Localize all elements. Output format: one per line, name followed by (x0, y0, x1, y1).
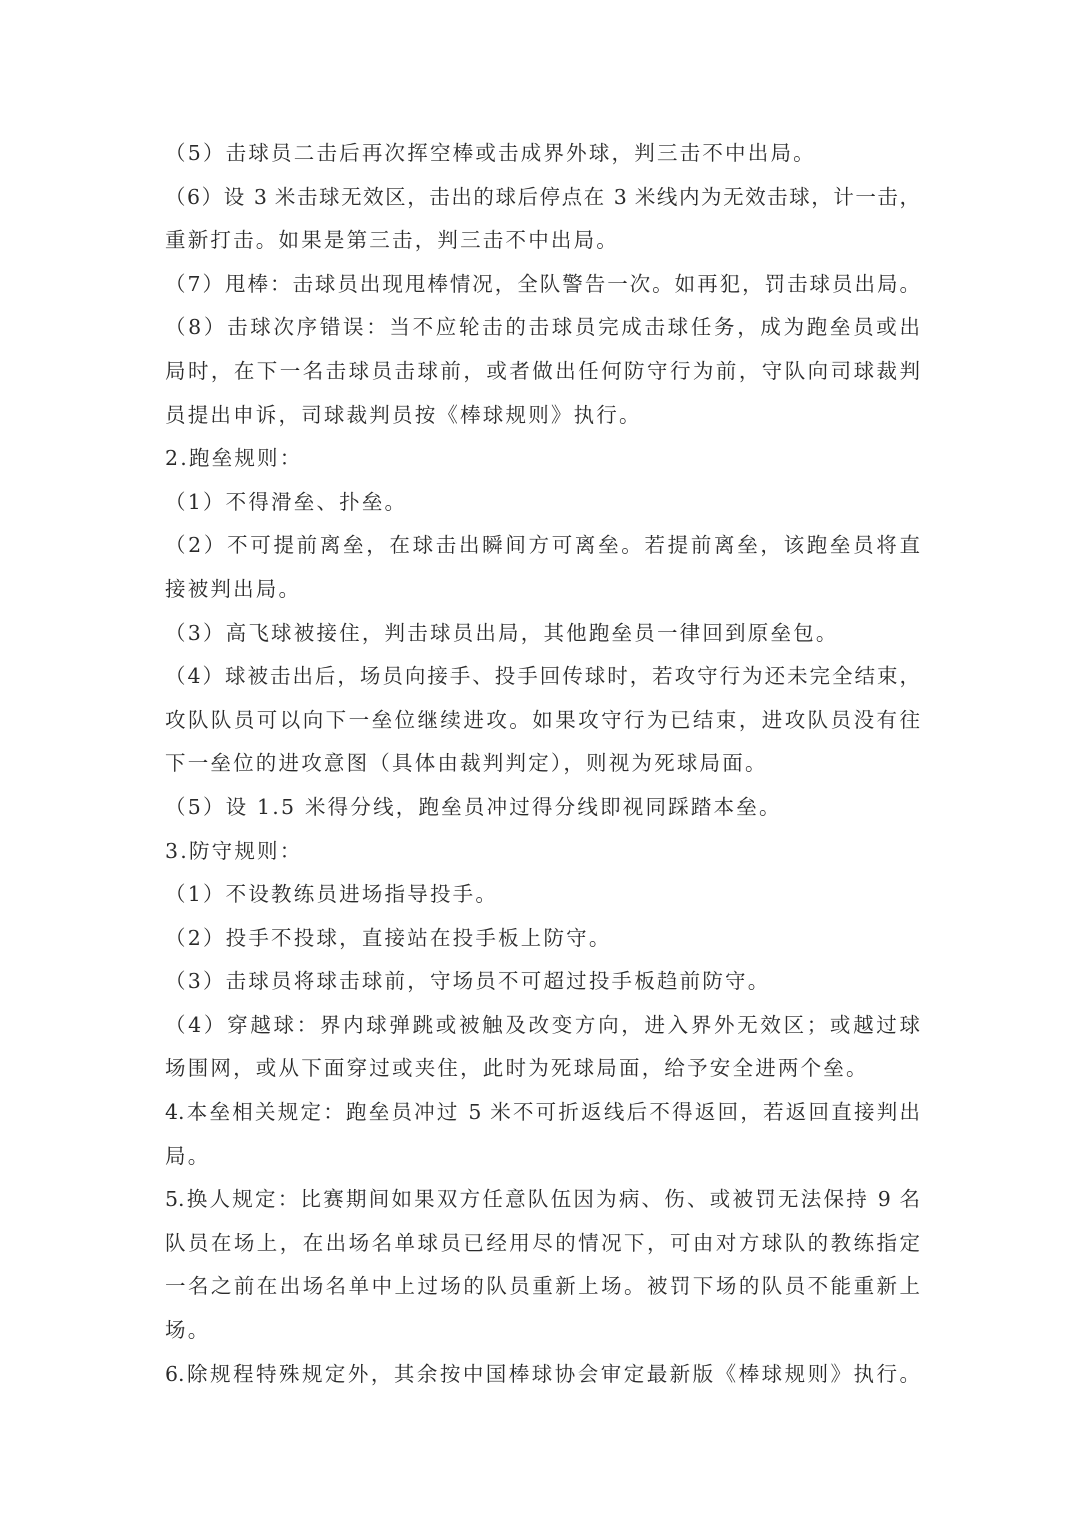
running-rule-5-line: （5）设 1.5 米得分线，跑垒员冲过得分线即视同踩踏本垒。 (165, 786, 920, 830)
defense-rule-4-line-1: （4）穿越球：界内球弹跳或被触及改变方向，进入界外无效区；或越过球 (165, 1004, 920, 1048)
rule-6-no-hit-zone-line-1: （6）设 3 米击球无效区，击出的球后停点在 3 米线内为无效击球，计一击， (165, 176, 920, 220)
defense-rule-4-line-2: 场围网，或从下面穿过或夹住，此时为死球局面，给予安全进两个垒。 (165, 1047, 920, 1091)
running-rule-4-line-2: 攻队队员可以向下一垒位继续进攻。如果攻守行为已结束，进攻队员没有往 (165, 699, 920, 743)
running-rule-4-line-1: （4）球被击出后，场员向接手、投手回传球时，若攻守行为还未完全结束， (165, 655, 920, 699)
rule-6-no-hit-zone-line-2: 重新打击。如果是第三击，判三击不中出局。 (165, 219, 920, 263)
section-4-home-plate-line-2: 局。 (165, 1135, 920, 1179)
document-page: （5）击球员二击后再次挥空棒或击成界外球，判三击不中出局。 （6）设 3 米击球… (165, 132, 920, 1396)
running-rule-1-line: （1）不得滑垒、扑垒。 (165, 481, 920, 525)
section-3-heading: 3.防守规则： (165, 830, 920, 874)
rule-8-batting-order-line-1: （8）击球次序错误：当不应轮击的击球员完成击球任务，成为跑垒员或出 (165, 306, 920, 350)
section-2-heading: 2.跑垒规则： (165, 437, 920, 481)
running-rule-2-line-2: 接被判出局。 (165, 568, 920, 612)
rule-5-strikeout-line: （5）击球员二击后再次挥空棒或击成界外球，判三击不中出局。 (165, 132, 920, 176)
section-6-general-rules-line: 6.除规程特殊规定外，其余按中国棒球协会审定最新版《棒球规则》执行。 (165, 1353, 920, 1397)
section-5-substitution-line-2: 队员在场上，在出场名单球员已经用尽的情况下，可由对方球队的教练指定 (165, 1222, 920, 1266)
section-4-home-plate-line-1: 4.本垒相关规定：跑垒员冲过 5 米不可折返线后不得返回，若返回直接判出 (165, 1091, 920, 1135)
section-5-substitution-line-3: 一名之前在出场名单中上过场的队员重新上场。被罚下场的队员不能重新上 (165, 1265, 920, 1309)
running-rule-4-line-3: 下一垒位的进攻意图（具体由裁判判定），则视为死球局面。 (165, 742, 920, 786)
section-5-substitution-line-4: 场。 (165, 1309, 920, 1353)
rule-7-bat-throw-line: （7）甩棒：击球员出现甩棒情况，全队警告一次。如再犯，罚击球员出局。 (165, 263, 920, 307)
running-rule-3-line: （3）高飞球被接住，判击球员出局，其他跑垒员一律回到原垒包。 (165, 612, 920, 656)
rule-8-batting-order-line-2: 局时，在下一名击球员击球前，或者做出任何防守行为前，守队向司球裁判 (165, 350, 920, 394)
defense-rule-1-line: （1）不设教练员进场指导投手。 (165, 873, 920, 917)
rule-8-batting-order-line-3: 员提出申诉，司球裁判员按《棒球规则》执行。 (165, 394, 920, 438)
defense-rule-2-line: （2）投手不投球，直接站在投手板上防守。 (165, 917, 920, 961)
defense-rule-3-line: （3）击球员将球击球前，守场员不可超过投手板趋前防守。 (165, 960, 920, 1004)
section-5-substitution-line-1: 5.换人规定：比赛期间如果双方任意队伍因为病、伤、或被罚无法保持 9 名 (165, 1178, 920, 1222)
running-rule-2-line-1: （2）不可提前离垒，在球击出瞬间方可离垒。若提前离垒，该跑垒员将直 (165, 524, 920, 568)
